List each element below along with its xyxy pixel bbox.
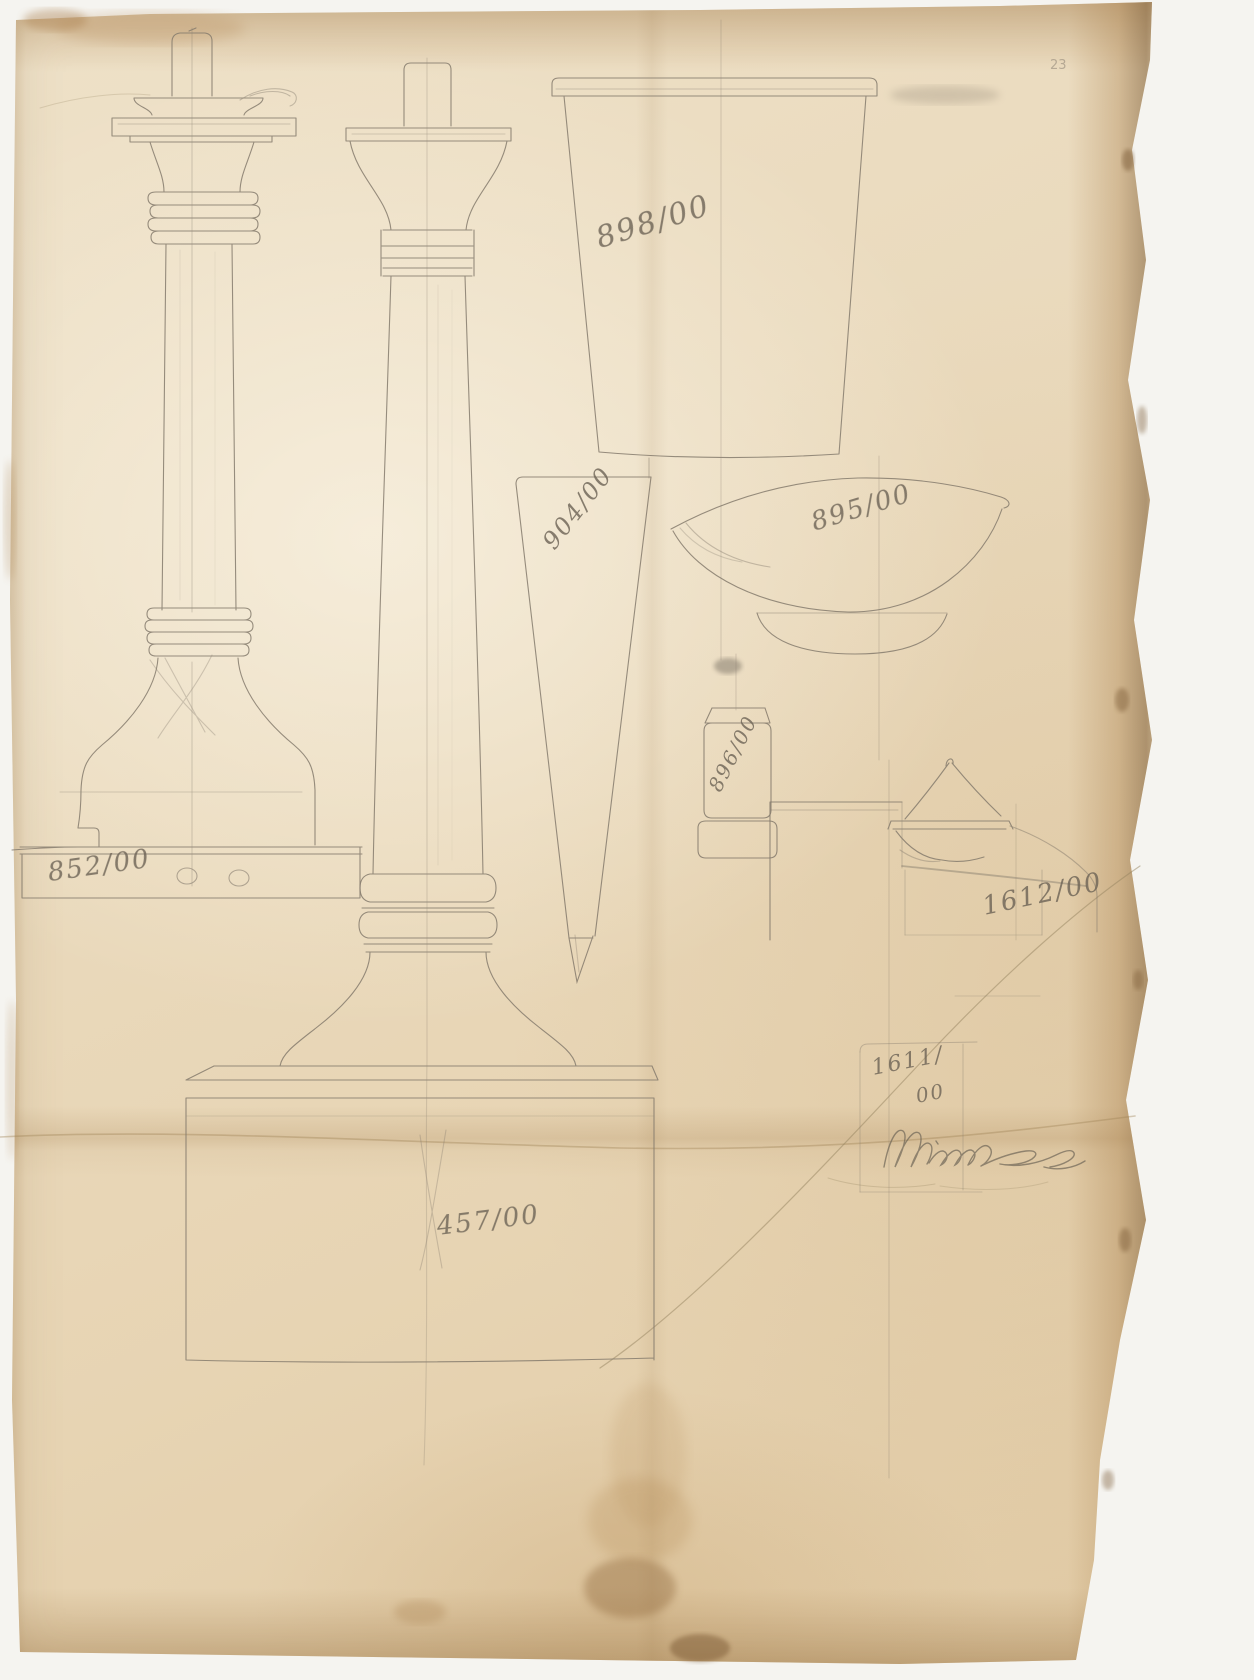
bowl-drawing xyxy=(671,456,1009,760)
jar-drawing xyxy=(698,654,777,858)
paper-stains xyxy=(4,9,1147,1662)
pencil-drawing-layer xyxy=(0,0,1254,1680)
crease-lines xyxy=(0,94,1140,1368)
signature xyxy=(884,1130,1085,1169)
left-candlestick-drawing xyxy=(12,28,362,898)
scanned-drawing-sheet: 898/00 904/00 895/00 896/00 852/00 457/0… xyxy=(0,0,1254,1680)
number-panel-outline xyxy=(860,996,1040,1192)
lid-and-box-drawing xyxy=(770,759,1097,1478)
page-number: 23 xyxy=(1050,58,1067,73)
tapered-vessel-drawing xyxy=(552,20,877,660)
center-candlestick-drawing xyxy=(186,58,658,1465)
wedge-profile-drawing xyxy=(516,458,651,982)
